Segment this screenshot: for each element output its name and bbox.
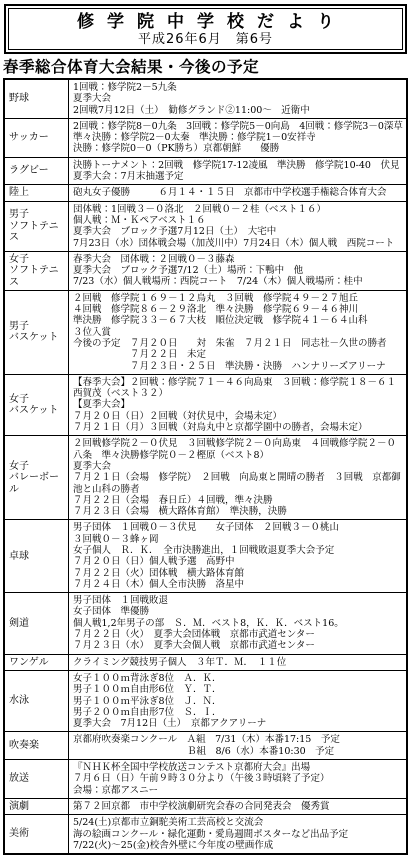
- sport-results: 春季大会 団体戦：２回戦０－３藤森 夏季大会 ブロック予選7/12（土）場所：下…: [69, 251, 408, 290]
- sport-label: サッカー: [4, 118, 69, 157]
- sport-label: 野球: [4, 79, 69, 118]
- sport-results: クライミング競技男子個人 ３年Ｔ．Ｍ． １１位: [69, 654, 408, 670]
- table-row-boys-basketball: 男子 バスケット ２回戦 修学院１６９－１２烏丸 ３回戦 修学院４９－２７旭丘 …: [4, 290, 407, 374]
- newsletter-title: 修学院中学校だより: [9, 12, 402, 32]
- table-row-broadcasting: 放送 『ＮＨＫ杯全国中学校放送コンテスト京都府大会』出場 ７月６日（日）午前９時…: [4, 760, 407, 799]
- sport-results: 【春季大会】２回戦：修学院７１－４６向島東 ３回戦：修学院１８－６１ 西賀茂（ベ…: [69, 374, 408, 435]
- table-row-track: 陸上 砲丸女子優勝 ６月１４・１５日 京都市中学校選手権総合体育大会: [4, 185, 407, 201]
- newsletter-issue-date: 平成26年6月 第6号: [9, 32, 402, 47]
- table-row-boys-softtennis: 男子 ソフトテニス 団体戦：1回戦３－０洛北 ２回戦０－２桂（ベスト１６） 個人…: [4, 201, 407, 251]
- table-row-tabletennis: 卓球 男子団体 １回戦０－３伏見 女子団体 ２回戦３－０桃山 ３回戦０－３蜂ヶ岡…: [4, 520, 407, 593]
- table-row-baseball: 野球 1回戦：修学院2－5九条 夏季大会 2回戦7月12日（土） 勧修グランド②…: [4, 79, 407, 118]
- sport-results: 砲丸女子優勝 ６月１４・１５日 京都市中学校選手権総合体育大会: [69, 185, 408, 201]
- table-row-rugby: ラグビー 決勝トーナメント：2回戦 修学院17-12凌風 準決勝 修学院10-4…: [4, 157, 407, 185]
- sport-label: ワンゲル: [4, 654, 69, 670]
- table-row-brassband: 吹奏楽 京都府吹奏楽コンクール Ａ組 7/31（木）本番17:15 予定 Ｂ組 …: [4, 732, 407, 760]
- table-row-girls-softtennis: 女子 ソフトテニス 春季大会 団体戦：２回戦０－３藤森 夏季大会 ブロック予選7…: [4, 251, 407, 290]
- sport-results: 男子団体 １回戦敗退 女子団体 準優勝 個人戦1,2年男子の部 Ｓ．Ｍ．ベスト8…: [69, 593, 408, 654]
- sport-label: 美術: [4, 815, 69, 854]
- table-row-art: 美術 5/24(土)京都市立銅駝美術工芸高校と交流会 海の絵画コンクール・緑化運…: [4, 815, 407, 854]
- sport-label: 男子 ソフトテニス: [4, 201, 69, 251]
- table-row-girls-volleyball: 女子 バレーボール ２回戦修学院２－０伏見 ３回戦修学院２－０向島東 ４回戦修学…: [4, 436, 407, 520]
- sport-results: 女子１００ｍ背泳ぎ8位 Ａ．Ｋ． 男子１００ｍ自由形6位 Ｙ．Ｔ． 男子１００ｍ…: [69, 670, 408, 731]
- sport-results: 京都府吹奏楽コンクール Ａ組 7/31（木）本番17:15 予定 Ｂ組 8/6（…: [69, 732, 408, 760]
- sport-label: 女子 バスケット: [4, 374, 69, 435]
- sport-label: 水泳: [4, 670, 69, 731]
- section-title: 春季総合体育大会結果・今後の予定: [3, 58, 408, 76]
- sport-results: 1回戦：修学院2－5九条 夏季大会 2回戦7月12日（土） 勧修グランド②11:…: [69, 79, 408, 118]
- table-row-swimming: 水泳 女子１００ｍ背泳ぎ8位 Ａ．Ｋ． 男子１００ｍ自由形6位 Ｙ．Ｔ． 男子１…: [4, 670, 407, 731]
- sport-results: 第７２回京都 市中学校演劇研究会春の合同発表会 優秀賞: [69, 798, 408, 814]
- sport-label: 女子 ソフトテニス: [4, 251, 69, 290]
- newsletter-page: 修学院中学校だより 平成26年6月 第6号 春季総合体育大会結果・今後の予定 野…: [0, 0, 411, 857]
- sport-label: 女子 バレーボール: [4, 436, 69, 520]
- sport-label: 男子 バスケット: [4, 290, 69, 374]
- sport-label: 卓球: [4, 520, 69, 593]
- sport-results: ２回戦修学院２－０伏見 ３回戦修学院２－０向島東 ４回戦修学院２－０ 八条 準々…: [69, 436, 408, 520]
- table-row-soccer: サッカー 2回戦：修学院8－0九条 3回戦：修学院5－0向島 4回戦：修学院3－…: [4, 118, 407, 157]
- table-row-wandervogel: ワンゲル クライミング競技男子個人 ３年Ｔ．Ｍ． １１位: [4, 654, 407, 670]
- sport-results: ２回戦 修学院１６９－１２烏丸 ３回戦 修学院４９－２７旭丘 ４回戦 修学院８６…: [69, 290, 408, 374]
- sport-results: 5/24(土)京都市立銅駝美術工芸高校と交流会 海の絵画コンクール・緑化運動・愛…: [69, 815, 408, 854]
- table-row-drama: 演劇 第７２回京都 市中学校演劇研究会春の合同発表会 優秀賞: [4, 798, 407, 814]
- table-row-girls-basketball: 女子 バスケット 【春季大会】２回戦：修学院７１－４６向島東 ３回戦：修学院１８…: [4, 374, 407, 435]
- sport-results: 団体戦：1回戦３－０洛北 ２回戦０－２桂（ベスト１６） 個人戦：Ｍ・Ｋペアベスト…: [69, 201, 408, 251]
- masthead-inner-frame: 修学院中学校だより 平成26年6月 第6号: [8, 8, 403, 50]
- sport-label: 陸上: [4, 185, 69, 201]
- sport-label: 剣道: [4, 593, 69, 654]
- sport-results: 男子団体 １回戦０－３伏見 女子団体 ２回戦３－０桃山 ３回戦０－３蜂ヶ岡 女子…: [69, 520, 408, 593]
- sport-results: 『ＮＨＫ杯全国中学校放送コンテスト京都府大会』出場 ７月６日（日）午前９時３０分…: [69, 760, 408, 799]
- sport-label: ラグビー: [4, 157, 69, 185]
- sport-results: 決勝トーナメント：2回戦 修学院17-12凌風 準決勝 修学院10-40 伏見 …: [69, 157, 408, 185]
- sport-results: 2回戦：修学院8－0九条 3回戦：修学院5－0向島 4回戦：修学院3－0深草 準…: [69, 118, 408, 157]
- table-row-kendo: 剣道 男子団体 １回戦敗退 女子団体 準優勝 個人戦1,2年男子の部 Ｓ．Ｍ．ベ…: [4, 593, 407, 654]
- sport-label: 放送: [4, 760, 69, 799]
- sport-label: 演劇: [4, 798, 69, 814]
- sport-label: 吹奏楽: [4, 732, 69, 760]
- results-table: 野球 1回戦：修学院2－5九条 夏季大会 2回戦7月12日（土） 勧修グランド②…: [3, 78, 408, 855]
- masthead: 修学院中学校だより 平成26年6月 第6号: [4, 4, 407, 54]
